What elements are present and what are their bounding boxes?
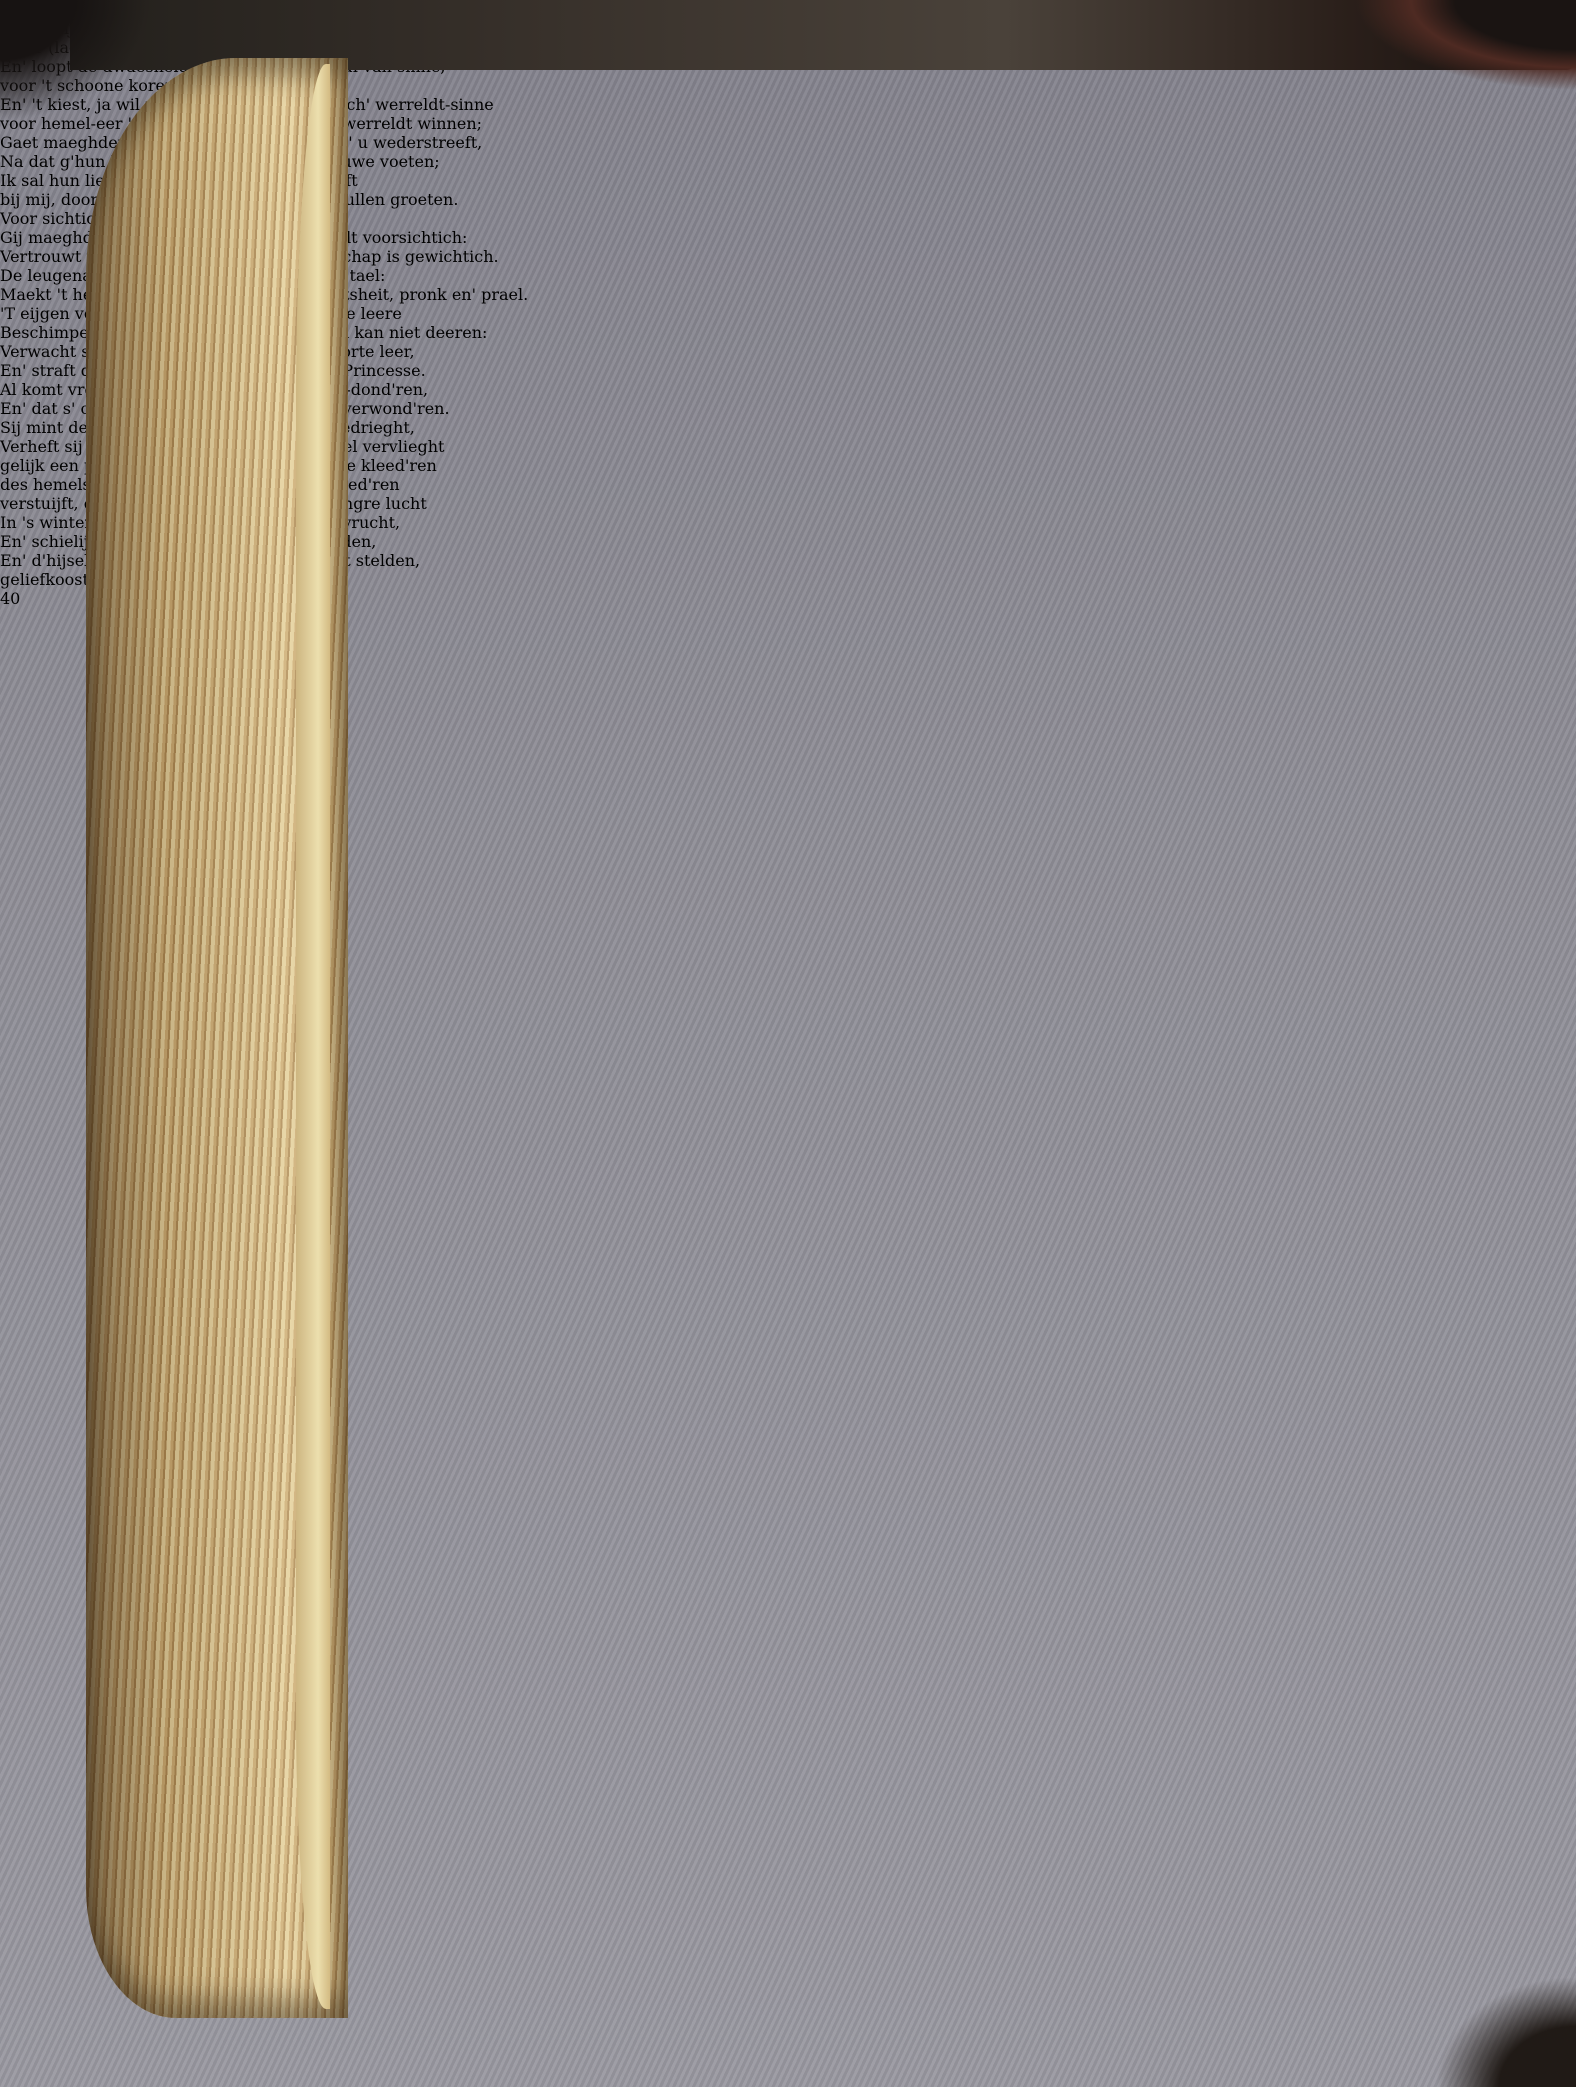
photo-of-open-manuscript-book: 256. Of dat zijn handt bewrocht en' maek… (0, 0, 1576, 2087)
book-binding-top-right-corner (1276, 0, 1576, 110)
curled-page-edge (322, 60, 348, 2010)
line-text: geliefkoost (0, 570, 89, 589)
book-binding-top-left-corner (0, 0, 150, 140)
book-binding-bottom-right-corner (1436, 1967, 1576, 2087)
